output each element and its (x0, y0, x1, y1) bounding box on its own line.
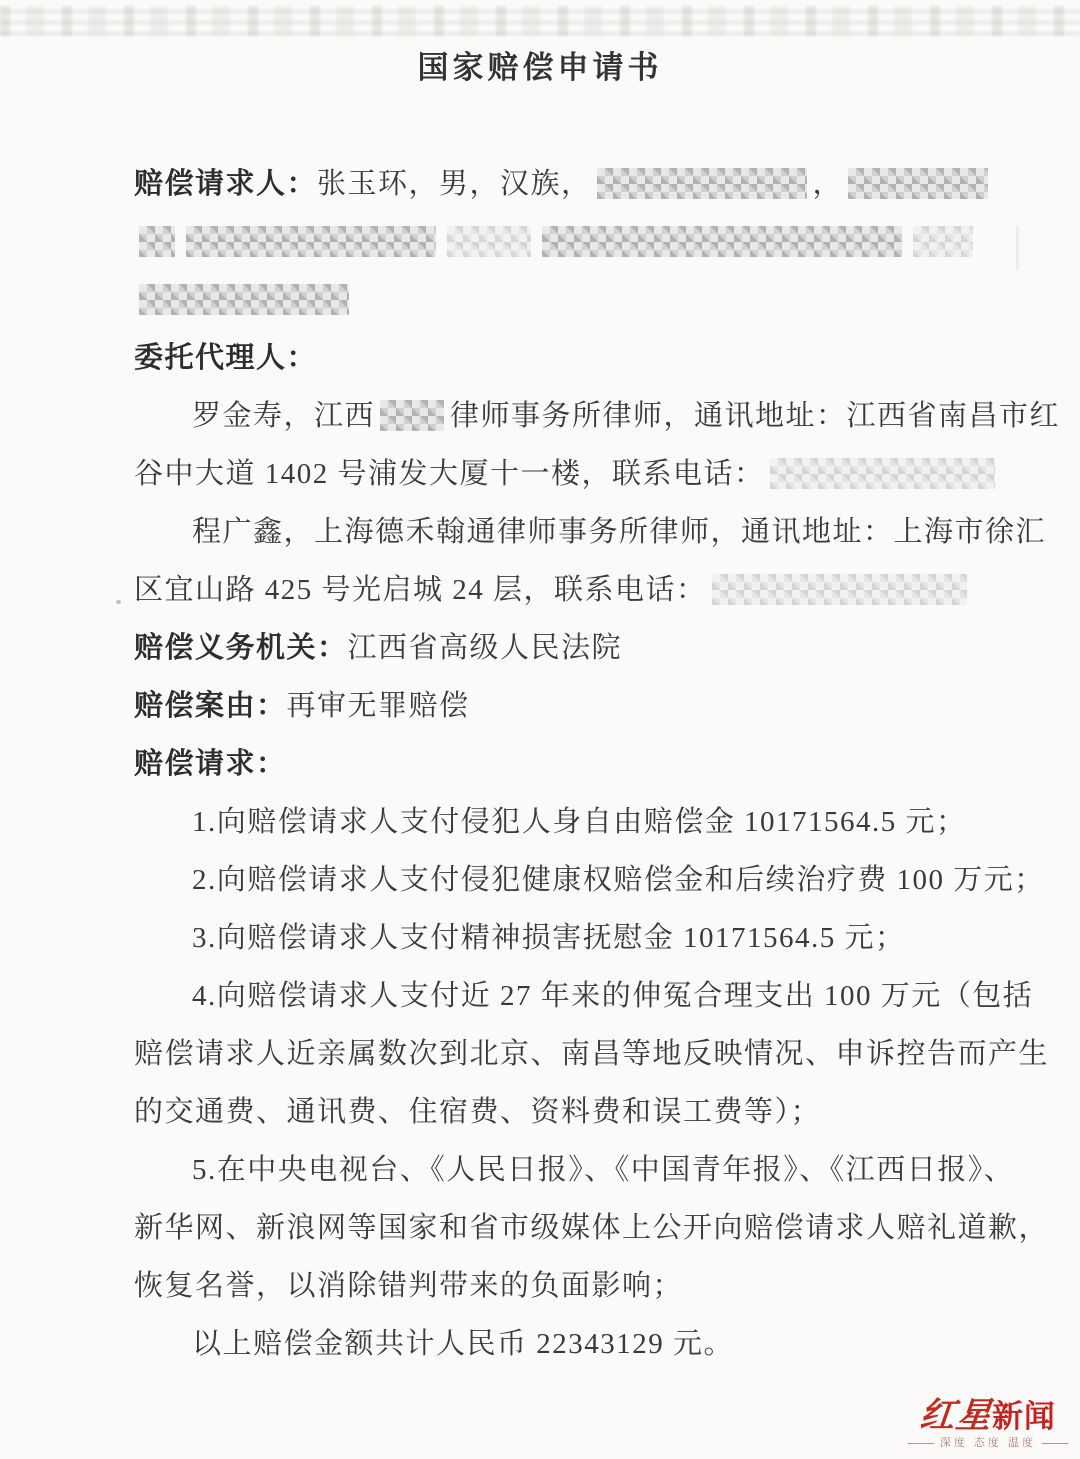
claimant-info: 张玉环，男，汉族， (317, 168, 592, 200)
request-item-4-line: 的交通费、通讯费、住宿费、资料费和误工费等）； (134, 1083, 1002, 1141)
request-item-2: 2.向赔偿请求人支付侵犯健康权赔偿金和后续治疗费 100 万元； (134, 851, 1002, 909)
scan-smudge (1016, 226, 1019, 270)
redacted-line (134, 271, 1002, 329)
redacted-block (597, 168, 807, 199)
redacted-block (380, 400, 444, 431)
cause-label: 赔偿案由： (134, 690, 287, 722)
redacted-block (447, 226, 531, 257)
request-item-1: 1.向赔偿请求人支付侵犯人身自由赔偿金 10171564.5 元； (134, 793, 1002, 851)
cause-line: 赔偿案由：再审无罪赔偿 (134, 677, 1002, 735)
request-item-3: 3.向赔偿请求人支付精神损害抚慰金 10171564.5 元； (134, 909, 1002, 967)
claimant-label: 赔偿请求人： (134, 168, 317, 200)
agent-heading: 委托代理人： (134, 329, 1002, 387)
request-item-5-line: 恢复名誉，以消除错判带来的负面影响； (134, 1257, 1002, 1315)
claimant-line: 赔偿请求人：张玉环，男，汉族，， (134, 155, 1002, 213)
redacted-block (139, 226, 175, 257)
document-body: 赔偿请求人：张玉环，男，汉族，， 委托代理人： 罗金寿，江西律师事务所律师，通讯… (0, 155, 1080, 1373)
redacted-line (134, 213, 1002, 271)
redacted-block (848, 168, 988, 199)
redstar-news-watermark: 红星新闻 深度 态度 温度 (908, 1398, 1068, 1449)
redacted-block (186, 226, 436, 257)
organ-value: 江西省高级人民法院 (348, 632, 623, 664)
organ-label: 赔偿义务机关： (134, 632, 348, 664)
redacted-block (913, 226, 973, 257)
document-title: 国家赔偿申请书 (0, 42, 1080, 87)
brand-block-text: 新闻 (992, 1399, 1056, 1434)
redacted-phone (770, 458, 995, 489)
redacted-phone (712, 574, 967, 605)
request-item-5-line: 5.在中央电视台、《人民日报》、《中国青年报》、《江西日报》、 (134, 1141, 1002, 1199)
request-item-4-line: 赔偿请求人近亲属数次到北京、南昌等地反映情况、申诉控告而产生 (134, 1025, 1002, 1083)
cause-value: 再审无罪赔偿 (287, 690, 470, 722)
request-item-4-line: 4.向赔偿请求人支付近 27 年来的伸冤合理支出 100 万元（包括 (134, 967, 1002, 1025)
redacted-block (542, 226, 902, 257)
total-line: 以上赔偿金额共计人民币 22343129 元。 (134, 1315, 1002, 1373)
request-item-5: 5.在中央电视台、《人民日报》、《中国青年报》、《江西日报》、 新华网、新浪网等… (134, 1141, 1002, 1315)
agent2-line1: 程广鑫，上海德禾翰通律师事务所律师，通讯地址：上海市徐汇 (134, 503, 1002, 561)
redstar-news-logo: 红星新闻 (908, 1398, 1068, 1433)
brand-script-text: 红星 (918, 1398, 994, 1433)
request-item-4: 4.向赔偿请求人支付近 27 年来的伸冤合理支出 100 万元（包括 赔偿请求人… (134, 967, 1002, 1141)
scan-speck (116, 600, 121, 604)
agent1-line1: 罗金寿，江西律师事务所律师，通讯地址：江西省南昌市红 (134, 387, 1002, 445)
scan-noise-band (0, 6, 1080, 36)
brand-tagline: 深度 态度 温度 (908, 1438, 1068, 1449)
request-item-5-line: 新华网、新浪网等国家和省市级媒体上公开向赔偿请求人赔礼道歉， (134, 1199, 1002, 1257)
agent2-line2: 区宜山路 425 号光启城 24 层，联系电话： (134, 561, 1002, 619)
agent1-line2: 谷中大道 1402 号浦发大厦十一楼，联系电话： (134, 445, 1002, 503)
redacted-block (139, 284, 349, 315)
claimant-comma: ， (813, 168, 844, 200)
requests-heading: 赔偿请求： (134, 735, 1002, 793)
organ-line: 赔偿义务机关：江西省高级人民法院 (134, 619, 1002, 677)
